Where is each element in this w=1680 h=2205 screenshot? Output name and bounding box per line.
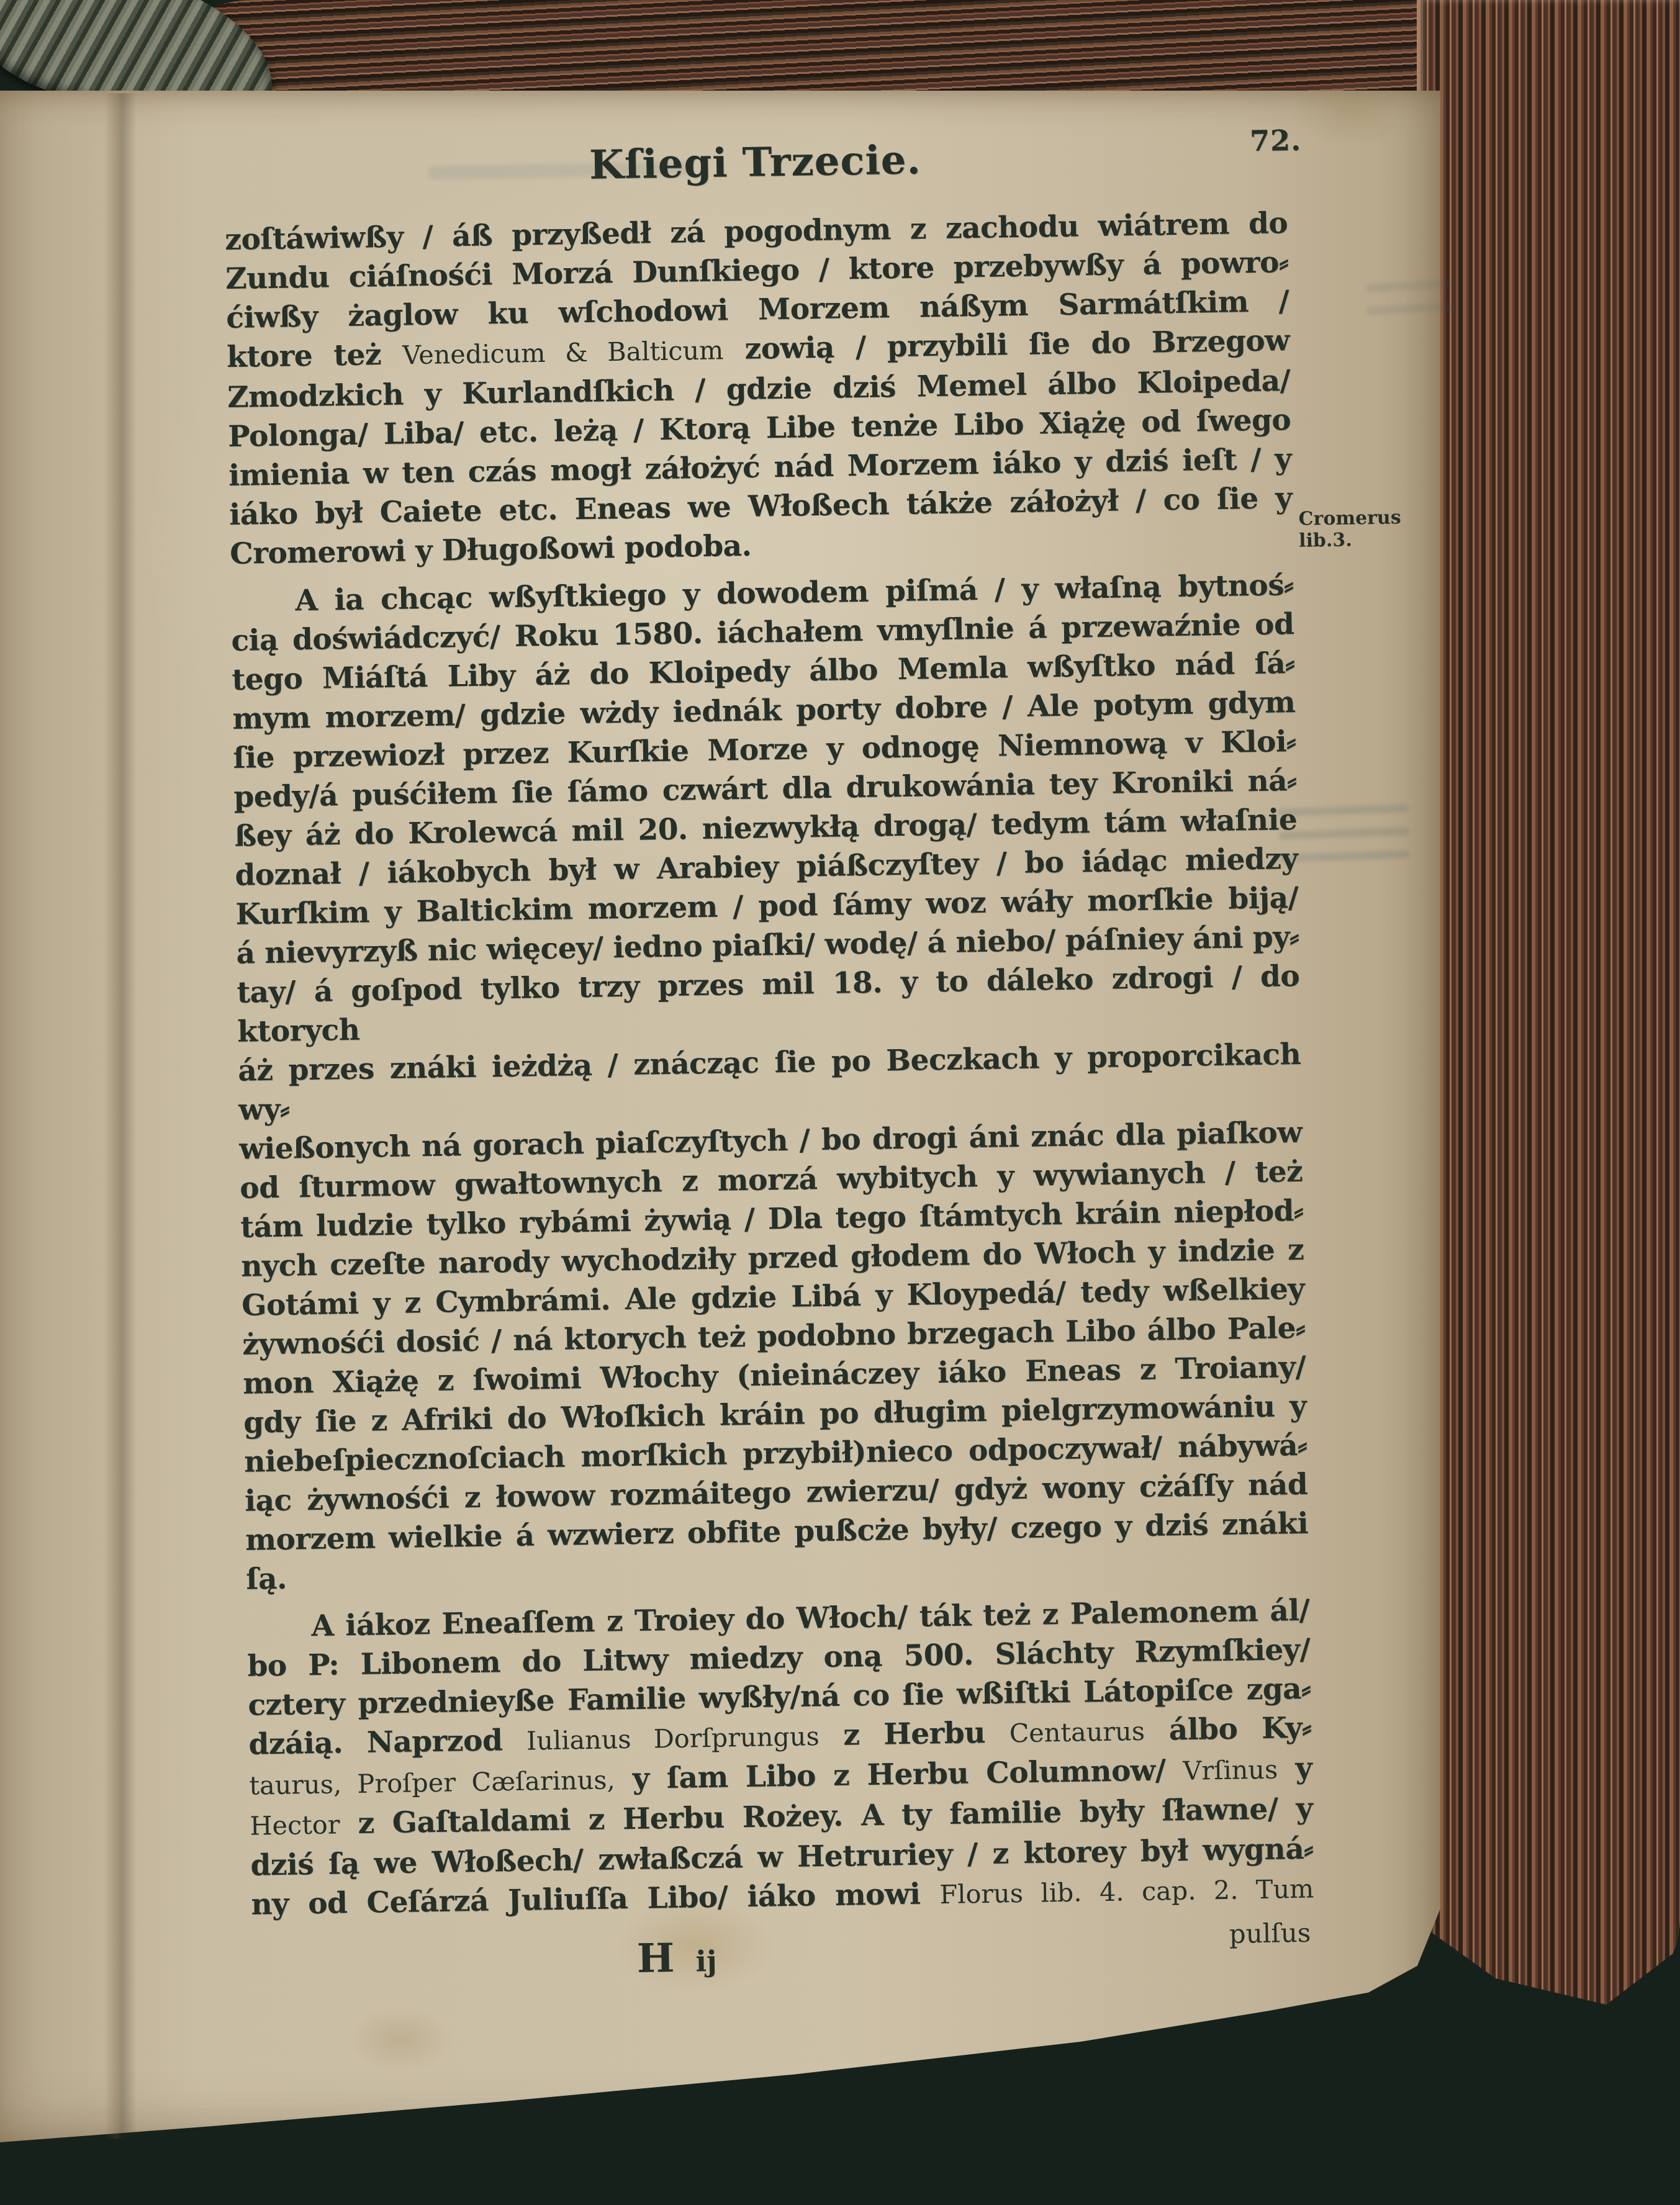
page-number: 72.	[1250, 124, 1302, 158]
blackletter-text: áż przes znáki ieżdżą / znácząc ſie po B…	[238, 1037, 1301, 1127]
margin-note-line: lib.3.	[1299, 528, 1424, 552]
text-block: Kſiegi Trzecie. 72. zoſtáwiwßy / áß przy…	[224, 131, 1316, 2006]
roman-type-text: Centaurus	[1009, 1716, 1145, 1748]
blackletter-text: dzáią. Naprzod	[248, 1723, 526, 1762]
paragraph: A iákoz Eneaſſem z Troiey do Włoch/ ták …	[246, 1591, 1314, 1926]
roman-type-text: Florus lib. 4. cap. 2. Tum	[939, 1874, 1314, 1910]
book-fore-edge-pages	[1417, 0, 1680, 2019]
blackletter-text: Cromerowi y Długoßowi podoba.	[230, 529, 752, 571]
blackletter-text: z Herbu	[819, 1715, 1009, 1752]
blackletter-text: tay/ á goſpod tylko trzy przes mil 18. y…	[237, 959, 1300, 1049]
blackletter-text: ny od Ceſárzá Juliuſſa Libo/ iáko mowi	[251, 1877, 940, 1921]
body-text: zoſtáwiwßy / áß przyßedł zá pogodnym z z…	[225, 204, 1314, 1926]
book-photo: { "book": { "header": { "title": "Kſiegi…	[0, 0, 1680, 2205]
margin-note-line: Cromerus	[1298, 507, 1423, 530]
catchword: pulſus	[1229, 1918, 1311, 1949]
blackletter-text: y ſam Libo z Herbu Columnow/	[615, 1753, 1183, 1796]
text-line: morzem wielkie á wzwierz obfite pußcże b…	[245, 1504, 1309, 1599]
roman-type-text: Vrſinus	[1183, 1755, 1278, 1786]
blackletter-text: ktore też	[227, 338, 403, 374]
blackletter-text: álbo Ky⸗	[1145, 1711, 1312, 1747]
paragraph: zoſtáwiwßy / áß przyßedł zá pogodnym z z…	[225, 204, 1293, 574]
blackletter-text: zowią / przybili ſie do Brzegow	[723, 323, 1290, 366]
roman-type-text: Iulianus Dorſprungus	[526, 1721, 820, 1756]
quire-signature: Hij	[636, 1934, 717, 1982]
page-title: Kſiegi Trzecie.	[589, 137, 922, 188]
blackletter-text: y	[1278, 1751, 1312, 1786]
paragraph: A ia chcąc wßyſtkiego y dowodem piſmá / …	[230, 566, 1309, 1599]
roman-type-text: taurus, Proſper Cæſarinus,	[249, 1765, 615, 1800]
roman-type-text: Venedicum & Balticum	[402, 335, 724, 370]
margin-note: Cromerus lib.3.	[1298, 507, 1423, 552]
roman-type-text: Hector	[250, 1810, 340, 1841]
blackletter-text: morzem wielkie á wzwierz obfite pußcże b…	[245, 1507, 1309, 1597]
